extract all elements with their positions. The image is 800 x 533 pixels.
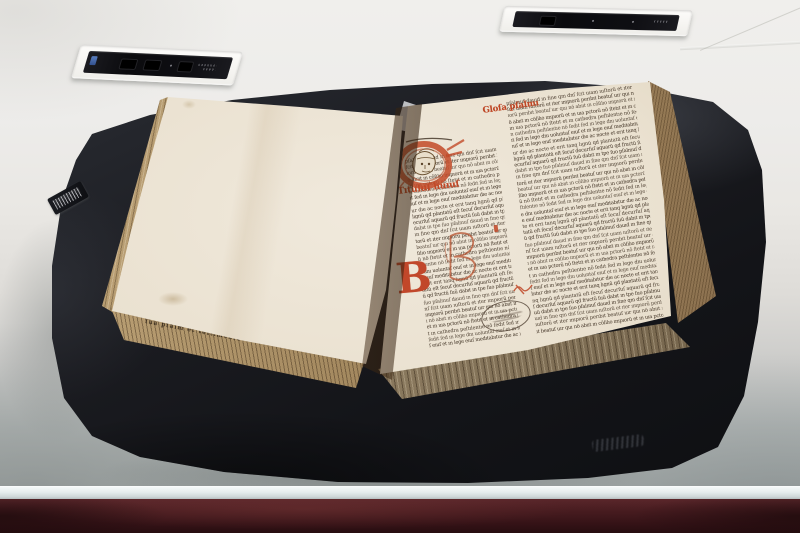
red-paraph-mark xyxy=(494,225,499,232)
parchment-stain xyxy=(182,100,196,109)
red-squiggle-mark xyxy=(512,283,534,295)
floor-shading xyxy=(0,499,800,533)
stamp-text-marks xyxy=(487,306,525,325)
photo-scene: ſua pſalm et teſtimoniū pſalmuſ dauıd ın… xyxy=(0,0,800,533)
sketched-initial-b xyxy=(440,227,490,284)
floor xyxy=(0,499,800,533)
parchment-stain xyxy=(158,292,188,306)
table-front-edge xyxy=(0,486,800,500)
